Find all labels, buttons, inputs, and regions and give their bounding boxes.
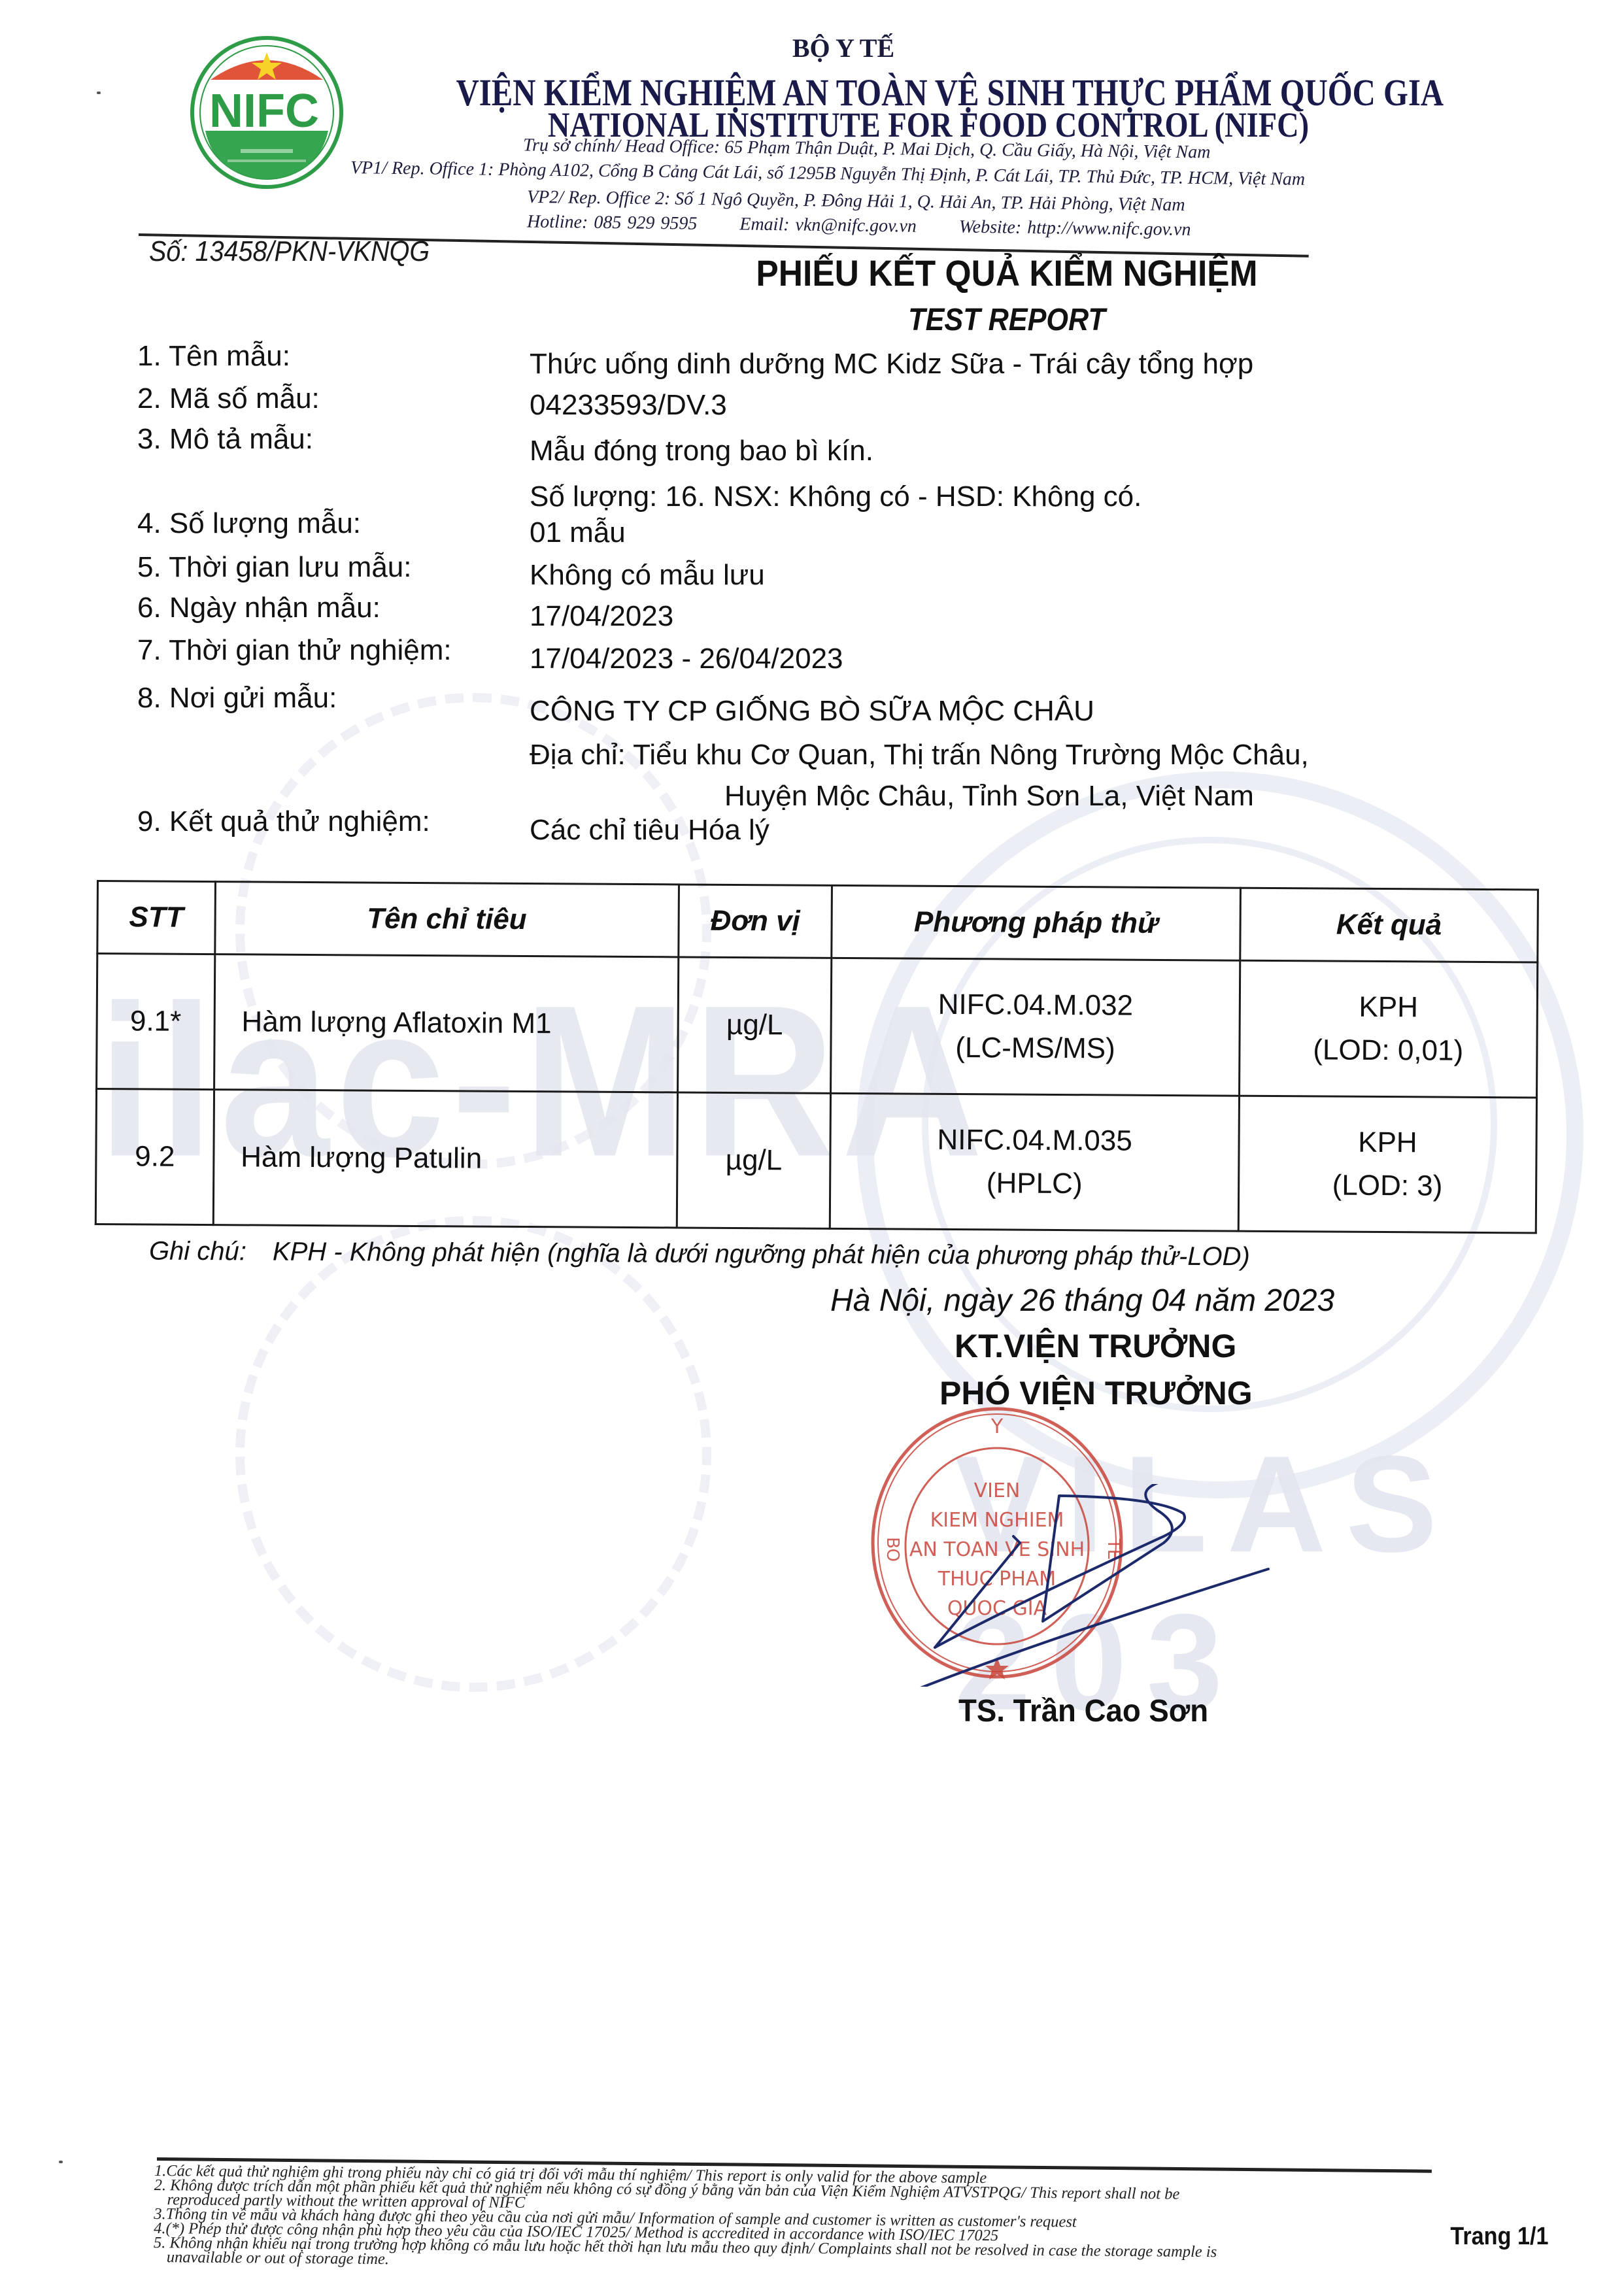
header-test-method: Phương pháp thử xyxy=(832,885,1240,960)
field-value-sender-address-line2: Huyện Mộc Châu, Tỉnh Sơn La, Việt Nam xyxy=(724,780,1254,813)
handwritten-signature-icon xyxy=(909,1484,1275,1687)
table-note: Ghi chú:KPH - Không phát hiện (nghĩa là … xyxy=(149,1237,1250,1272)
header-indicator-name: Tên chỉ tiêu xyxy=(215,882,679,957)
field-value-test-period: 17/04/2023 - 26/04/2023 xyxy=(530,643,843,675)
cell-indicator-name: Hàm lượng Patulin xyxy=(213,1090,677,1228)
signer-name: TS. Trần Cao Sơn xyxy=(958,1693,1208,1729)
hotline: Hotline: 085 929 9595 xyxy=(527,211,698,233)
scan-speck xyxy=(59,2161,63,2163)
cell-stt: 9.2 xyxy=(95,1089,214,1225)
website-link[interactable]: Website: http://www.nifc.gov.vn xyxy=(959,217,1191,240)
result-lod: (LOD: 0,01) xyxy=(1248,1028,1529,1073)
field-value-sender: CÔNG TY CP GIỐNG BÒ SỮA MỘC CHÂU xyxy=(530,695,1094,728)
field-value-sample-quantity: 01 mẫu xyxy=(530,516,626,549)
method-technique: (HPLC) xyxy=(839,1161,1230,1207)
svg-text:NIFC: NIFC xyxy=(209,85,319,137)
ministry-name: BỘ Y TẾ xyxy=(778,33,909,63)
header-unit: Đơn vị xyxy=(678,885,832,958)
result-lod: (LOD: 3) xyxy=(1247,1164,1528,1209)
field-value-sample-description: Mẫu đóng trong bao bì kín. xyxy=(530,435,873,467)
report-number: Số: 13458/PKN-VKNQG xyxy=(149,235,430,268)
field-label-received-date: 6. Ngày nhận mẫu: xyxy=(137,592,381,624)
field-value-received-date: 17/04/2023 xyxy=(530,600,673,633)
signing-place-date: Hà Nội, ngày 26 tháng 04 năm 2023 xyxy=(830,1283,1334,1319)
field-label-sample-code: 2. Mã số mẫu: xyxy=(137,382,320,415)
cell-indicator-name: Hàm lượng Aflatoxin M1 xyxy=(214,954,678,1092)
cell-unit: µg/L xyxy=(677,1092,831,1228)
header-stt: STT xyxy=(97,881,216,954)
footer-disclaimers: 1.Các kết quả thử nghiệm ghi trong phiếu… xyxy=(154,2164,1449,2276)
field-label-sender: 8. Nơi gửi mẫu: xyxy=(137,682,337,715)
report-subtitle: TEST REPORT xyxy=(748,302,1266,338)
svg-text:Y: Y xyxy=(990,1415,1004,1438)
result-value: KPH xyxy=(1247,1121,1528,1166)
field-value-sample-name: Thức uống dinh dưỡng MC Kidz Sữa - Trái … xyxy=(530,348,1253,380)
field-value-sender-address: Địa chỉ: Tiểu khu Cơ Quan, Thị trấn Nông… xyxy=(530,739,1309,771)
cell-result: KPH (LOD: 0,01) xyxy=(1239,960,1538,1098)
table-row: 9.2 Hàm lượng Patulin µg/L NIFC.04.M.035… xyxy=(95,1089,1536,1233)
cell-stt: 9.1* xyxy=(97,954,215,1090)
results-table: STT Tên chỉ tiêu Đơn vị Phương pháp thử … xyxy=(95,880,1539,1234)
watermark-ring-left-bottom xyxy=(235,1216,711,1692)
field-label-storage-time: 5. Thời gian lưu mẫu: xyxy=(137,551,411,584)
method-technique: (LC-MS/MS) xyxy=(840,1026,1231,1071)
note-text: KPH - Không phát hiện (nghĩa là dưới ngư… xyxy=(273,1238,1250,1272)
field-label-test-period: 7. Thời gian thử nghiệm: xyxy=(137,634,452,667)
field-label-test-results: 9. Kết quả thử nghiệm: xyxy=(137,805,430,838)
cell-method: NIFC.04.M.035 (HPLC) xyxy=(830,1093,1240,1231)
page-number: Trang 1/1 xyxy=(1450,2223,1548,2251)
contact-line: Hotline: 085 929 9595 Email: vkn@nifc.go… xyxy=(527,211,1228,241)
cell-method: NIFC.04.M.032 (LC-MS/MS) xyxy=(831,958,1240,1096)
signer-title-primary: KT.VIỆN TRƯỞNG xyxy=(955,1327,1236,1365)
cell-result: KPH (LOD: 3) xyxy=(1238,1096,1537,1233)
method-code: NIFC.04.M.032 xyxy=(840,983,1231,1028)
field-label-sample-description: 3. Mô tả mẫu: xyxy=(137,423,313,456)
field-label-sample-name: 1. Tên mẫu: xyxy=(137,340,290,373)
table-row: 9.1* Hàm lượng Aflatoxin M1 µg/L NIFC.04… xyxy=(97,954,1538,1098)
note-label: Ghi chú: xyxy=(149,1237,246,1266)
scan-speck xyxy=(97,92,101,94)
field-value-sample-code: 04233593/DV.3 xyxy=(530,389,727,422)
rep-office-2-address: VP2/ Rep. Office 2: Số 1 Ngô Quyền, P. Đ… xyxy=(527,187,1185,216)
table-header-row: STT Tên chỉ tiêu Đơn vị Phương pháp thử … xyxy=(97,881,1538,962)
svg-text:BO: BO xyxy=(883,1537,902,1562)
field-value-test-results: Các chỉ tiêu Hóa lý xyxy=(530,814,770,847)
field-value-storage-time: Không có mẫu lưu xyxy=(530,559,765,592)
result-value: KPH xyxy=(1248,985,1529,1030)
header-result: Kết quả xyxy=(1240,888,1538,962)
method-code: NIFC.04.M.035 xyxy=(839,1118,1230,1164)
field-value-sample-description-detail: Số lượng: 16. NSX: Không có - HSD: Không… xyxy=(530,481,1142,513)
email-link[interactable]: Email: vkn@nifc.gov.vn xyxy=(739,214,917,236)
cell-unit: µg/L xyxy=(677,957,832,1093)
report-title: PHIẾU KẾT QUẢ KIỂM NGHIỆM xyxy=(742,252,1272,294)
nifc-logo-icon: NIFC xyxy=(188,34,345,191)
field-label-sample-quantity: 4. Số lượng mẫu: xyxy=(137,507,361,540)
